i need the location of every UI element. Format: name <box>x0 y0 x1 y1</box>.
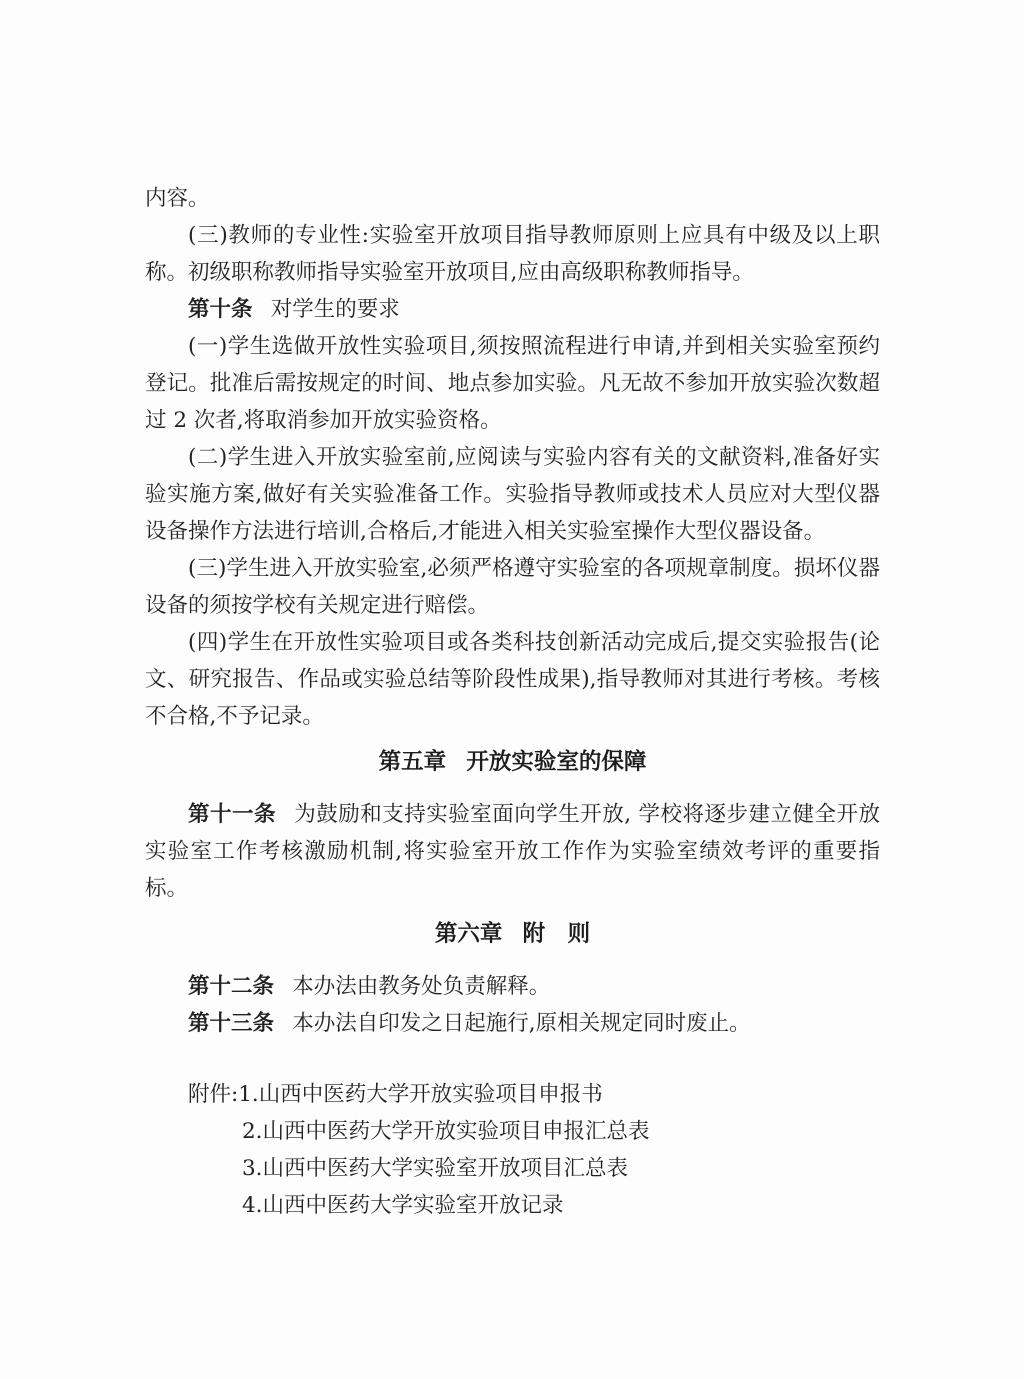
article-13-text: 本办法自印发之日起施行,原相关规定同时废止。 <box>292 1011 750 1036</box>
article-12-paragraph: 第十二条本办法由教务处负责解释。 <box>145 968 880 1005</box>
student-item-1: (一)学生选做开放性实验项目,须按照流程进行申请,并到相关实验室预约登记。批准后… <box>145 328 880 439</box>
student-item-2: (二)学生进入开放实验室前,应阅读与实验内容有关的文献资料,准备好实验实施方案,… <box>145 439 880 550</box>
attachment-item-1-text: 1.山西中医药大学开放实验项目申报书 <box>238 1082 603 1107</box>
continuation-paragraph: 内容。 <box>145 180 880 217</box>
attachments-label: 附件: <box>188 1082 238 1107</box>
document-page: 内容。 (三)教师的专业性:实验室开放项目指导教师原则上应具有中级及以上职称。初… <box>0 0 1024 1379</box>
chapter-6-number: 第六章 <box>435 921 503 946</box>
chapter-6-heading: 第六章附 则 <box>145 915 880 952</box>
article-11-label: 第十一条 <box>188 802 276 826</box>
article-10-text: 对学生的要求 <box>271 297 400 322</box>
chapter-5-number: 第五章 <box>379 749 447 774</box>
chapter-6-title: 附 则 <box>523 921 591 946</box>
attachment-item-3: 3.山西中医药大学实验室开放项目汇总表 <box>242 1150 880 1187</box>
student-item-4: (四)学生在开放性实验项目或各类科技创新活动完成后,提交实验报告(论文、研究报告… <box>145 624 880 735</box>
document-content: 内容。 (三)教师的专业性:实验室开放项目指导教师原则上应具有中级及以上职称。初… <box>145 180 880 1224</box>
attachment-item-1: 附件:1.山西中医药大学开放实验项目申报书 <box>145 1076 880 1113</box>
attachment-item-4: 4.山西中医药大学实验室开放记录 <box>242 1187 880 1224</box>
attachment-list: 附件:1.山西中医药大学开放实验项目申报书 2.山西中医药大学开放实验项目申报汇… <box>145 1076 880 1224</box>
article-11-paragraph: 第十一条为鼓励和支持实验室面向学生开放, 学校将逐步建立健全开放实验室工作考核激… <box>145 796 880 907</box>
chapter-5-title: 开放实验室的保障 <box>466 749 646 774</box>
attachment-item-2: 2.山西中医药大学开放实验项目申报汇总表 <box>242 1113 880 1150</box>
article-12-text: 本办法由教务处负责解释。 <box>292 974 550 999</box>
chapter-5-heading: 第五章开放实验室的保障 <box>145 743 880 780</box>
teacher-requirement-paragraph: (三)教师的专业性:实验室开放项目指导教师原则上应具有中级及以上职称。初级职称教… <box>145 217 880 291</box>
article-10-heading: 第十条对学生的要求 <box>145 291 880 328</box>
article-10-label: 第十条 <box>188 297 253 321</box>
article-13-paragraph: 第十三条本办法自印发之日起施行,原相关规定同时废止。 <box>145 1005 880 1042</box>
student-item-3: (三)学生进入开放实验室,必须严格遵守实验室的各项规章制度。损坏仪器设备的须按学… <box>145 550 880 624</box>
article-12-label: 第十二条 <box>188 974 274 998</box>
article-13-label: 第十三条 <box>188 1011 274 1035</box>
